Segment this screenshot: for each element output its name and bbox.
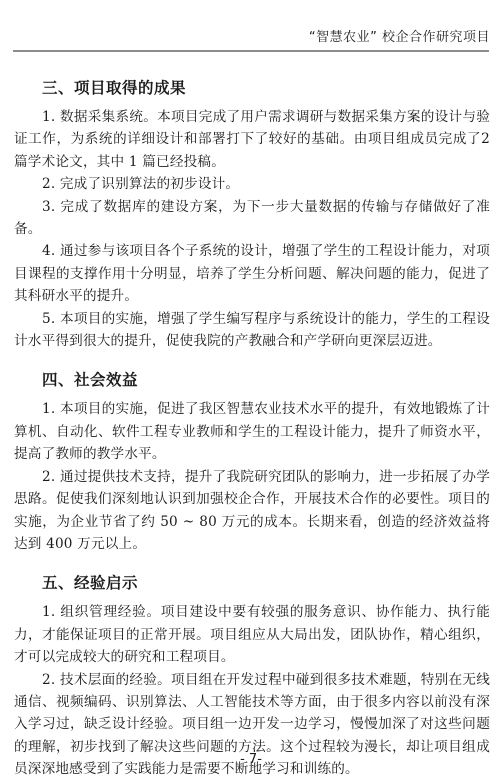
header-rule: [13, 50, 489, 52]
paragraph: 1. 数据采集系统。本项目完成了用户需求调研与数据采集方案的设计与验证工作，为系…: [14, 106, 490, 173]
paragraph: 2. 完成了识别算法的初步设计。: [14, 173, 490, 195]
paragraph: 4. 通过参与该项目各个子系统的设计，增强了学生的工程设计能力，对项目课程的支撑…: [14, 240, 490, 307]
paragraph: 1. 本项目的实施，促进了我区智慧农业技术水平的提升，有效地锻炼了计算机、自动化…: [14, 398, 490, 465]
section-heading: 五、经验启示: [14, 565, 490, 601]
paragraph: 1. 组织管理经验。项目建设中要有较强的服务意识、协作能力、执行能力，才能保证项…: [14, 601, 490, 668]
spacer: [14, 352, 490, 362]
running-header: “智慧农业” 校企合作研究项目: [309, 26, 490, 45]
section-social-benefits: 四、社会效益 1. 本项目的实施，促进了我区智慧农业技术水平的提升，有效地锻炼了…: [14, 362, 490, 555]
page-number: - 7-: [0, 752, 502, 767]
paragraph: 2. 通过提供技术支持，提升了我院研究团队的影响力，进一步拓展了办学思路。促使我…: [14, 466, 490, 556]
section-lessons: 五、经验启示 1. 组织管理经验。项目建设中要有较强的服务意识、协作能力、执行能…: [14, 565, 490, 779]
page-body: 三、项目取得的成果 1. 数据采集系统。本项目完成了用户需求调研与数据采集方案的…: [14, 70, 490, 779]
section-achievements: 三、项目取得的成果 1. 数据采集系统。本项目完成了用户需求调研与数据采集方案的…: [14, 70, 490, 352]
section-heading: 三、项目取得的成果: [14, 70, 490, 106]
paragraph: 3. 完成了数据库的建设方案，为下一步大量数据的传输与存储做好了准备。: [14, 196, 490, 241]
section-heading: 四、社会效益: [14, 362, 490, 398]
paragraph: 5. 本项目的实施，增强了学生编写程序与系统设计的能力，学生的工程设计水平得到很…: [14, 308, 490, 353]
spacer: [14, 555, 490, 565]
